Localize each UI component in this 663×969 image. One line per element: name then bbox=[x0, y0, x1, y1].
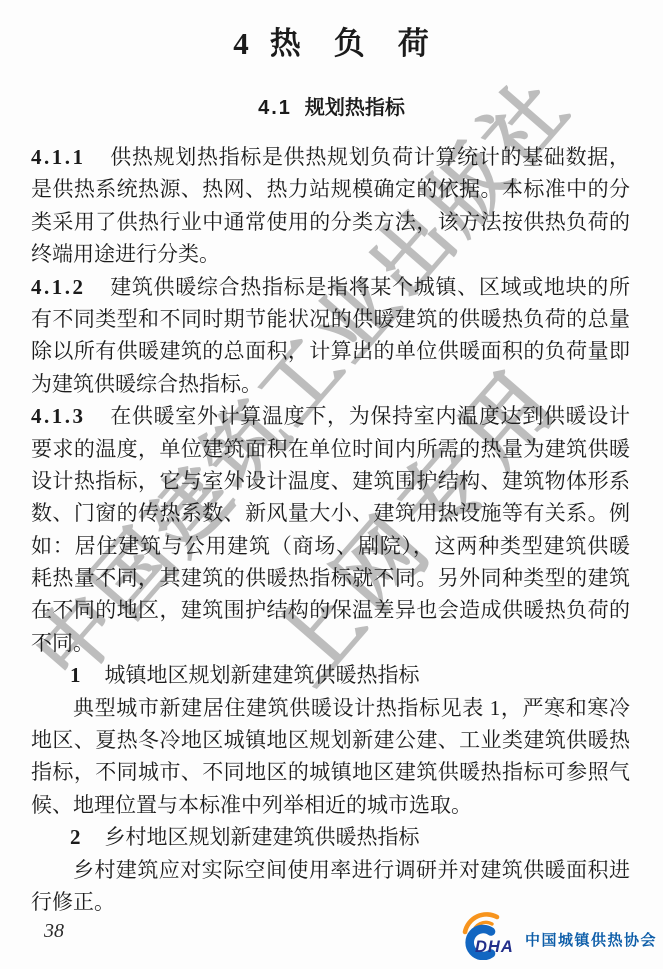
clause-line: 为建筑供暖综合热指标。 bbox=[31, 368, 630, 400]
clause-line: 类采用了供热行业中通常使用的分类方法，该方法按供热负荷的 bbox=[31, 206, 630, 238]
association-logo: DHA 中国城镇供热协会 bbox=[451, 908, 657, 960]
list-item-heading: 2乡村地区规划新建建筑供暖热指标 bbox=[31, 821, 630, 853]
section-title-text: 规划热指标 bbox=[305, 97, 405, 119]
document-page: 中国建筑工业出版社 上网专用 4热 负 荷 4.1规划热指标 4.1.1供热规划… bbox=[0, 0, 663, 969]
clause-line: 如：居住建筑与公用建筑（商场、剧院），这两种类型建筑供暖 bbox=[31, 530, 630, 562]
clause-number: 4.1.2 bbox=[31, 275, 86, 299]
body-line: 候、地理位置与本标准中列举相近的城市选取。 bbox=[31, 789, 630, 821]
clause-line: 是供热系统热源、热网、热力站规模确定的依据。本标准中的分 bbox=[31, 173, 630, 205]
clause-line: 4.1.2建筑供暖综合热指标是指将某个城镇、区域或地块的所 bbox=[31, 271, 630, 303]
clause-line: 要求的温度，单位建筑面积在单位时间内所需的热量为建筑供暖 bbox=[31, 433, 630, 465]
body-line: 指标，不同城市、不同地区的城镇地区建筑供暖热指标可参照气 bbox=[31, 756, 630, 788]
clause-line: 除以所有供暖建筑的总面积，计算出的单位供暖面积的负荷量即 bbox=[31, 335, 630, 367]
page-content: 4热 负 荷 4.1规划热指标 4.1.1供热规划热指标是供热规划负荷计算统计的… bbox=[0, 0, 663, 969]
section-number: 4.1 bbox=[258, 97, 292, 119]
clause-text: 在供暖室外计算温度下，为保持室内温度达到供暖设计 bbox=[110, 404, 631, 428]
clause-text: 供热规划热指标是供热规划负荷计算统计的基础数据， bbox=[110, 145, 631, 169]
body-line: 典型城市新建居住建筑供暖设计热指标见表 1，严寒和寒冷 bbox=[31, 692, 630, 724]
list-item-heading: 1城镇地区规划新建建筑供暖热指标 bbox=[31, 659, 630, 691]
dha-emblem-icon: DHA bbox=[451, 908, 521, 960]
list-item-title: 城镇地区规划新建建筑供暖热指标 bbox=[105, 663, 420, 687]
clause-text: 建筑供暖综合热指标是指将某个城镇、区域或地块的所 bbox=[110, 275, 631, 299]
list-item-title: 乡村地区规划新建建筑供暖热指标 bbox=[105, 825, 420, 849]
clause-line: 耗热量不同，其建筑的供暖热指标就不同。另外同种类型的建筑 bbox=[31, 562, 630, 594]
svg-text:DHA: DHA bbox=[475, 938, 514, 956]
chapter-number: 4 bbox=[233, 26, 250, 61]
clause-line: 在不同的地区，建筑围护结构的保温差异也会造成供暖热负荷的 bbox=[31, 594, 630, 626]
chapter-title: 4热 负 荷 bbox=[0, 18, 663, 63]
list-item-number: 1 bbox=[70, 663, 81, 687]
clause-line: 设计热指标，它与室外设计温度、建筑围护结构、建筑物体形系 bbox=[31, 465, 630, 497]
clause-line: 数、门窗的传热系数、新风量大小、建筑用热设施等有关系。例 bbox=[31, 497, 630, 529]
list-item-number: 2 bbox=[70, 825, 81, 849]
clause-number: 4.1.1 bbox=[31, 145, 86, 169]
page-number: 38 bbox=[44, 920, 64, 943]
section-heading: 4.1规划热指标 bbox=[0, 91, 663, 120]
clause-line: 4.1.3在供暖室外计算温度下，为保持室内温度达到供暖设计 bbox=[31, 400, 630, 432]
clause-line: 不同。 bbox=[31, 627, 630, 659]
clause-number: 4.1.3 bbox=[31, 404, 86, 428]
clause-line: 有不同类型和不同时期节能状况的供暖建筑的供暖热负荷的总量 bbox=[31, 303, 630, 335]
body-line: 乡村建筑应对实际空间使用率进行调研并对建筑供暖面积进 bbox=[31, 854, 630, 886]
clause-line: 终端用途进行分类。 bbox=[31, 238, 630, 270]
clause-line: 4.1.1供热规划热指标是供热规划负荷计算统计的基础数据， bbox=[31, 141, 630, 173]
association-name: 中国城镇供热协会 bbox=[525, 929, 657, 950]
body-text: 4.1.1供热规划热指标是供热规划负荷计算统计的基础数据， 是供热系统热源、热网… bbox=[31, 141, 630, 918]
body-line: 地区、夏热冬冷地区城镇地区规划新建公建、工业类建筑供暖热 bbox=[31, 724, 630, 756]
chapter-title-text: 热 负 荷 bbox=[270, 26, 430, 61]
